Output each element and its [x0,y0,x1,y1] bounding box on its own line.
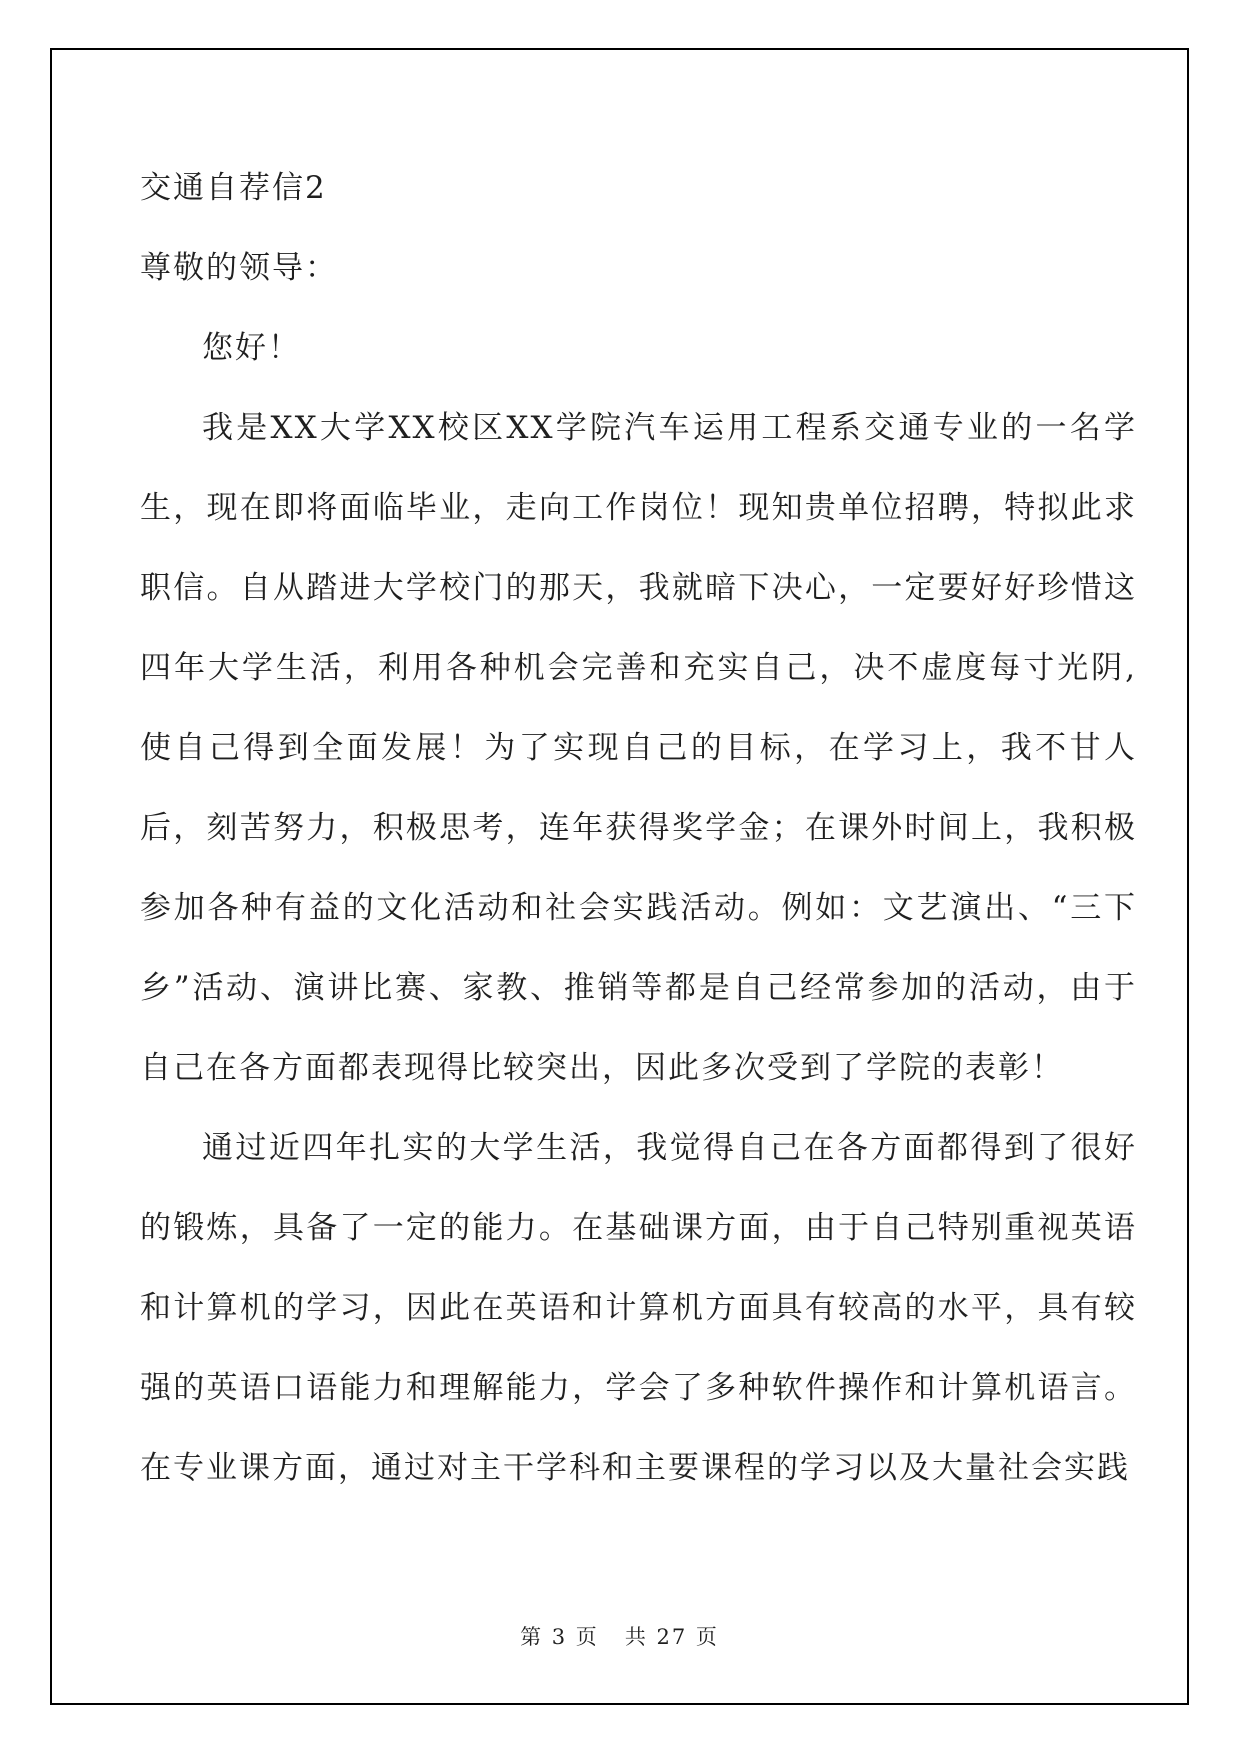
page-border-frame: 交通自荐信2 尊敬的领导：您好！我是XX大学XX校区XX学院汽车运用工程系交通专… [50,48,1189,1705]
page-content: 交通自荐信2 尊敬的领导：您好！我是XX大学XX校区XX学院汽车运用工程系交通专… [140,148,1137,1508]
page-footer: 第 3 页共 27 页 [52,1621,1187,1651]
document-body: 尊敬的领导：您好！我是XX大学XX校区XX学院汽车运用工程系交通专业的一名学生，… [140,228,1137,1508]
document-title: 交通自荐信2 [140,148,1137,228]
paragraph: 通过近四年扎实的大学生活，我觉得自己在各方面都得到了很好的锻炼，具备了一定的能力… [140,1108,1137,1508]
page-total-label: 共 27 页 [625,1625,719,1649]
document-page: 交通自荐信2 尊敬的领导：您好！我是XX大学XX校区XX学院汽车运用工程系交通专… [0,0,1241,1754]
page-number-label: 第 3 页 [520,1625,599,1649]
paragraph: 尊敬的领导： [140,228,1137,308]
paragraph: 我是XX大学XX校区XX学院汽车运用工程系交通专业的一名学生，现在即将面临毕业，… [140,388,1137,1108]
paragraph: 您好！ [140,308,1137,388]
